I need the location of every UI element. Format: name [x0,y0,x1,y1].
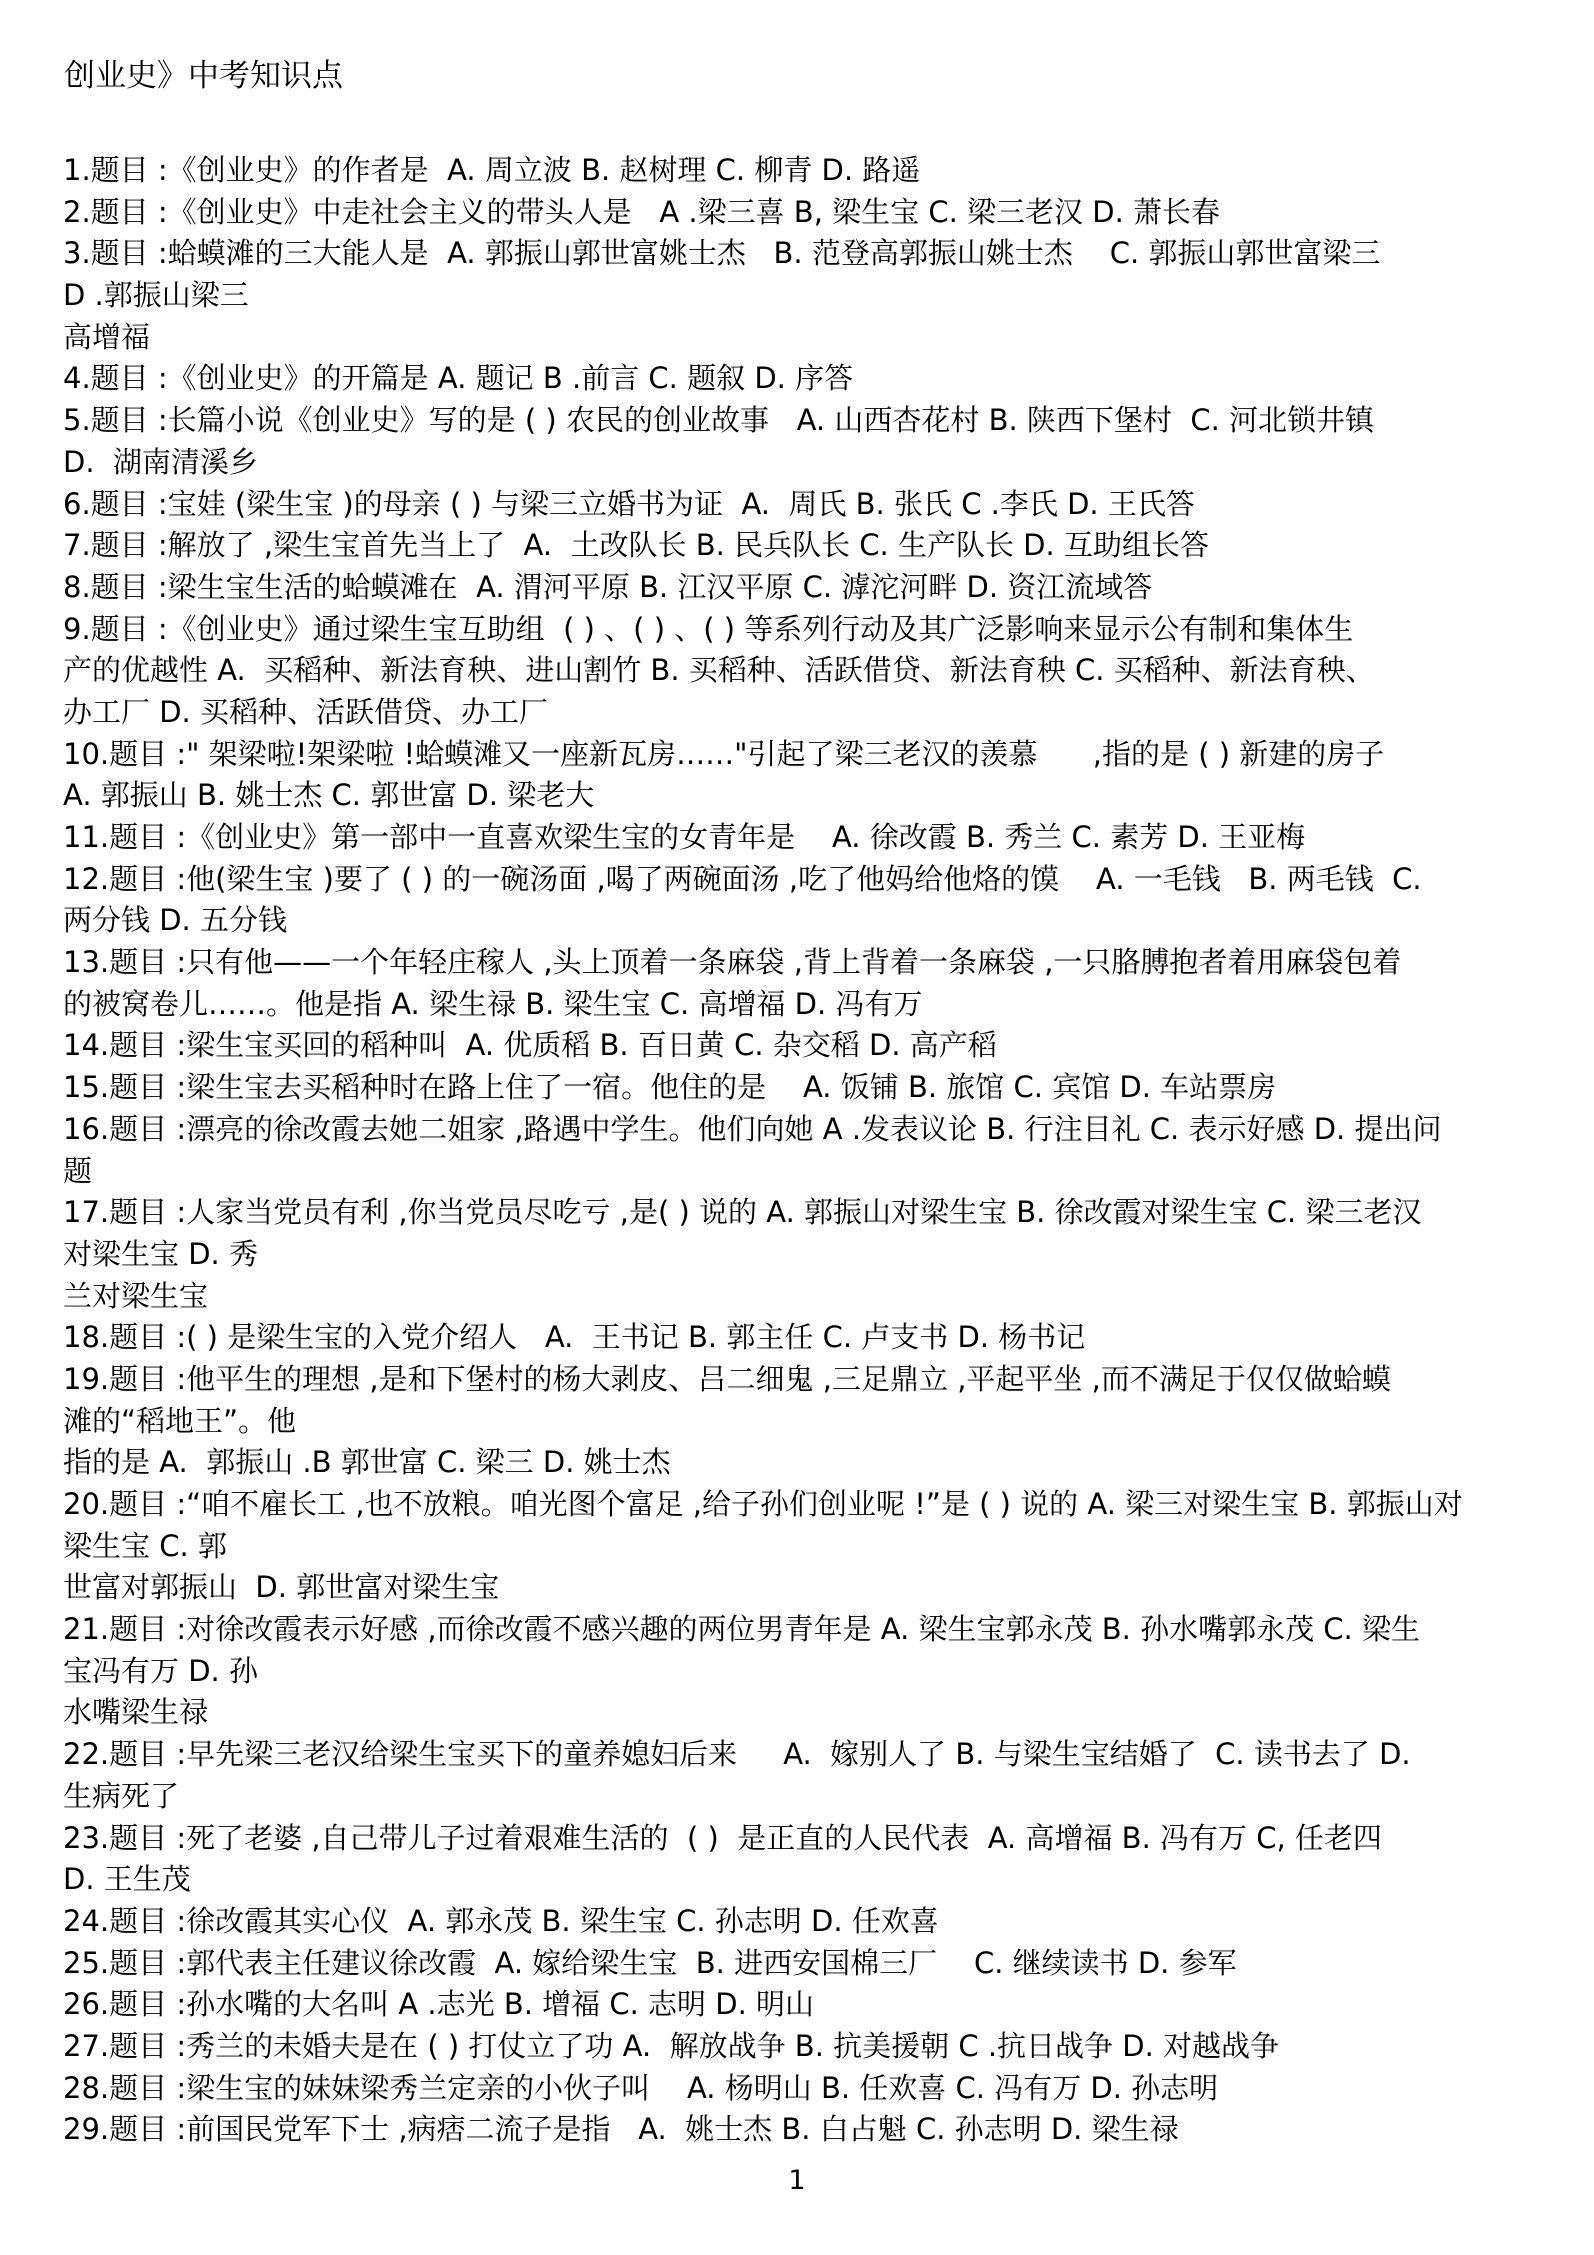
question-line: 3.题目 :蛤蟆滩的三大能人是 A. 郭振山郭世富姚士杰 B. 范登高郭振山姚士… [63,233,1563,275]
question-22: 22.题目 :早先梁三老汉给梁生宝买下的童养媳妇后来 A. 嫁别人了 B. 与梁… [63,1734,1563,1817]
question-line: 23.题目 :死了老婆 ,自己带儿子过着艰难生活的 ( ) 是正直的人民代表 A… [63,1818,1563,1860]
question-line: 世富对郭振山 D. 郭世富对梁生宝 [63,1567,1563,1609]
question-line: 指的是 A. 郭振山 .B 郭世富 C. 梁三 D. 姚士杰 [63,1442,1563,1484]
question-line: 13.题目 :只有他——一个年轻庄稼人 ,头上顶着一条麻袋 ,背上背着一条麻袋 … [63,942,1563,984]
question-28: 28.题目 :梁生宝的妹妹梁秀兰定亲的小伙子叫 A. 杨明山 B. 任欢喜 C.… [63,2068,1563,2110]
question-line: 2.题目 :《创业史》中走社会主义的带头人是 A .梁三喜 B, 梁生宝 C. … [63,192,1563,234]
question-25: 25.题目 :郭代表主任建议徐改霞 A. 嫁给梁生宝 B. 进西安国棉三厂 C.… [63,1943,1563,1985]
question-10: 10.题目 :" 架梁啦!架梁啦 !蛤蟆滩又一座新瓦房……"引起了梁三老汉的羡慕… [63,734,1563,817]
question-line: 两分钱 D. 五分钱 [63,900,1563,942]
question-line: 宝冯有万 D. 孙 [63,1651,1563,1693]
question-line: 6.题目 :宝娃 (梁生宝 )的母亲 ( ) 与梁三立婚书为证 A. 周氏 B.… [63,484,1563,526]
question-line: 水嘴梁生禄 [63,1692,1563,1734]
question-15: 15.题目 :梁生宝去买稻种时在路上住了一宿。他住的是 A. 饭铺 B. 旅馆 … [63,1067,1563,1109]
question-18: 18.题目 :( ) 是梁生宝的入党介绍人 A. 王书记 B. 郭主任 C. 卢… [63,1317,1563,1359]
question-8: 8.题目 :梁生宝生活的蛤蟆滩在 A. 渭河平原 B. 江汉平原 C. 滹沱河畔… [63,567,1563,609]
question-line: 5.题目 :长篇小说《创业史》写的是 ( ) 农民的创业故事 A. 山西杏花村 … [63,400,1563,442]
question-7: 7.题目 :解放了 ,梁生宝首先当上了 A. 土改队长 B. 民兵队长 C. 生… [63,525,1563,567]
question-line: 9.题目 :《创业史》通过梁生宝互助组 ( ) 、( ) 、( ) 等系列行动及… [63,609,1563,651]
question-line: 19.题目 :他平生的理想 ,是和下堡村的杨大剥皮、吕二细鬼 ,三足鼎立 ,平起… [63,1359,1563,1401]
question-line: A. 郭振山 B. 姚士杰 C. 郭世富 D. 梁老大 [63,775,1563,817]
question-9: 9.题目 :《创业史》通过梁生宝互助组 ( ) 、( ) 、( ) 等系列行动及… [63,609,1563,734]
question-line: D. 王生茂 [63,1859,1563,1901]
question-11: 11.题目 :《创业史》第一部中一直喜欢梁生宝的女青年是 A. 徐改霞 B. 秀… [63,817,1563,859]
question-26: 26.题目 :孙水嘴的大名叫 A .志光 B. 增福 C. 志明 D. 明山 [63,1984,1563,2026]
question-line: 4.题目 :《创业史》的开篇是 A. 题记 B .前言 C. 题叙 D. 序答 [63,358,1563,400]
question-line: 兰对梁生宝 [63,1276,1563,1318]
question-line: 10.题目 :" 架梁啦!架梁啦 !蛤蟆滩又一座新瓦房……"引起了梁三老汉的羡慕… [63,734,1563,776]
question-20: 20.题目 :“咱不雇长工 ,也不放粮。咱光图个富足 ,给子孙们创业呢 !”是 … [63,1484,1563,1609]
question-6: 6.题目 :宝娃 (梁生宝 )的母亲 ( ) 与梁三立婚书为证 A. 周氏 B.… [63,484,1563,526]
question-line: D .郭振山梁三 [63,275,1563,317]
question-21: 21.题目 :对徐改霞表示好感 ,而徐改霞不感兴趣的两位男青年是 A. 梁生宝郭… [63,1609,1563,1734]
question-line: 24.题目 :徐改霞其实心仪 A. 郭永茂 B. 梁生宝 C. 孙志明 D. 任… [63,1901,1563,1943]
page-number: 1 [0,2163,1594,2199]
question-2: 2.题目 :《创业史》中走社会主义的带头人是 A .梁三喜 B, 梁生宝 C. … [63,192,1563,234]
question-line: 梁生宝 C. 郭 [63,1526,1563,1568]
question-line: 29.题目 :前国民党军下士 ,病痞二流子是指 A. 姚士杰 B. 白占魁 C.… [63,2109,1563,2151]
question-line: 25.题目 :郭代表主任建议徐改霞 A. 嫁给梁生宝 B. 进西安国棉三厂 C.… [63,1943,1563,1985]
question-5: 5.题目 :长篇小说《创业史》写的是 ( ) 农民的创业故事 A. 山西杏花村 … [63,400,1563,483]
question-1: 1.题目 :《创业史》的作者是 A. 周立波 B. 赵树理 C. 柳青 D. 路… [63,150,1563,192]
question-line: 27.题目 :秀兰的未婚夫是在 ( ) 打仗立了功 A. 解放战争 B. 抗美援… [63,2026,1563,2068]
question-line: 15.题目 :梁生宝去买稻种时在路上住了一宿。他住的是 A. 饭铺 B. 旅馆 … [63,1067,1563,1109]
question-17: 17.题目 :人家当党员有利 ,你当党员尽吃亏 ,是( ) 说的 A. 郭振山对… [63,1192,1563,1317]
question-line: 题 [63,1151,1563,1193]
question-16: 16.题目 :漂亮的徐改霞去她二姐家 ,路遇中学生。他们向她 A .发表议论 B… [63,1109,1563,1192]
question-line: 12.题目 :他(梁生宝 )要了 ( ) 的一碗汤面 ,喝了两碗面汤 ,吃了他妈… [63,859,1563,901]
question-line: 22.题目 :早先梁三老汉给梁生宝买下的童养媳妇后来 A. 嫁别人了 B. 与梁… [63,1734,1563,1776]
question-13: 13.题目 :只有他——一个年轻庄稼人 ,头上顶着一条麻袋 ,背上背着一条麻袋 … [63,942,1563,1025]
question-29: 29.题目 :前国民党军下士 ,病痞二流子是指 A. 姚士杰 B. 白占魁 C.… [63,2109,1563,2151]
question-line: 18.题目 :( ) 是梁生宝的入党介绍人 A. 王书记 B. 郭主任 C. 卢… [63,1317,1563,1359]
question-line: 16.题目 :漂亮的徐改霞去她二姐家 ,路遇中学生。他们向她 A .发表议论 B… [63,1109,1563,1151]
question-14: 14.题目 :梁生宝买回的稻种叫 A. 优质稻 B. 百日黄 C. 杂交稻 D.… [63,1025,1563,1067]
question-19: 19.题目 :他平生的理想 ,是和下堡村的杨大剥皮、吕二细鬼 ,三足鼎立 ,平起… [63,1359,1563,1484]
document-title: 创业史》中考知识点 [64,55,343,97]
question-list: 1.题目 :《创业史》的作者是 A. 周立波 B. 赵树理 C. 柳青 D. 路… [63,150,1563,2151]
question-line: 20.题目 :“咱不雇长工 ,也不放粮。咱光图个富足 ,给子孙们创业呢 !”是 … [63,1484,1563,1526]
question-line: 1.题目 :《创业史》的作者是 A. 周立波 B. 赵树理 C. 柳青 D. 路… [63,150,1563,192]
question-line: 的被窝卷儿……。他是指 A. 梁生禄 B. 梁生宝 C. 高增福 D. 冯有万 [63,984,1563,1026]
question-line: 办工厂 D. 买稻种、活跃借贷、办工厂 [63,692,1563,734]
question-12: 12.题目 :他(梁生宝 )要了 ( ) 的一碗汤面 ,喝了两碗面汤 ,吃了他妈… [63,859,1563,942]
document-page: 创业史》中考知识点 1.题目 :《创业史》的作者是 A. 周立波 B. 赵树理 … [0,0,1594,2255]
question-line: 7.题目 :解放了 ,梁生宝首先当上了 A. 土改队长 B. 民兵队长 C. 生… [63,525,1563,567]
question-line: 14.题目 :梁生宝买回的稻种叫 A. 优质稻 B. 百日黄 C. 杂交稻 D.… [63,1025,1563,1067]
question-line: 28.题目 :梁生宝的妹妹梁秀兰定亲的小伙子叫 A. 杨明山 B. 任欢喜 C.… [63,2068,1563,2110]
question-27: 27.题目 :秀兰的未婚夫是在 ( ) 打仗立了功 A. 解放战争 B. 抗美援… [63,2026,1563,2068]
question-line: 17.题目 :人家当党员有利 ,你当党员尽吃亏 ,是( ) 说的 A. 郭振山对… [63,1192,1563,1234]
question-line: 21.题目 :对徐改霞表示好感 ,而徐改霞不感兴趣的两位男青年是 A. 梁生宝郭… [63,1609,1563,1651]
question-3: 3.题目 :蛤蟆滩的三大能人是 A. 郭振山郭世富姚士杰 B. 范登高郭振山姚士… [63,233,1563,358]
question-line: 对梁生宝 D. 秀 [63,1234,1563,1276]
question-line: 生病死了 [63,1776,1563,1818]
question-line: D. 湖南清溪乡 [63,442,1563,484]
question-24: 24.题目 :徐改霞其实心仪 A. 郭永茂 B. 梁生宝 C. 孙志明 D. 任… [63,1901,1563,1943]
question-23: 23.题目 :死了老婆 ,自己带儿子过着艰难生活的 ( ) 是正直的人民代表 A… [63,1818,1563,1901]
question-line: 26.题目 :孙水嘴的大名叫 A .志光 B. 增福 C. 志明 D. 明山 [63,1984,1563,2026]
question-line: 高增福 [63,317,1563,359]
question-4: 4.题目 :《创业史》的开篇是 A. 题记 B .前言 C. 题叙 D. 序答 [63,358,1563,400]
question-line: 产的优越性 A. 买稻种、新法育秧、进山割竹 B. 买稻种、活跃借贷、新法育秧 … [63,650,1563,692]
question-line: 11.题目 :《创业史》第一部中一直喜欢梁生宝的女青年是 A. 徐改霞 B. 秀… [63,817,1563,859]
question-line: 8.题目 :梁生宝生活的蛤蟆滩在 A. 渭河平原 B. 江汉平原 C. 滹沱河畔… [63,567,1563,609]
question-line: 滩的“稻地王”。他 [63,1401,1563,1443]
